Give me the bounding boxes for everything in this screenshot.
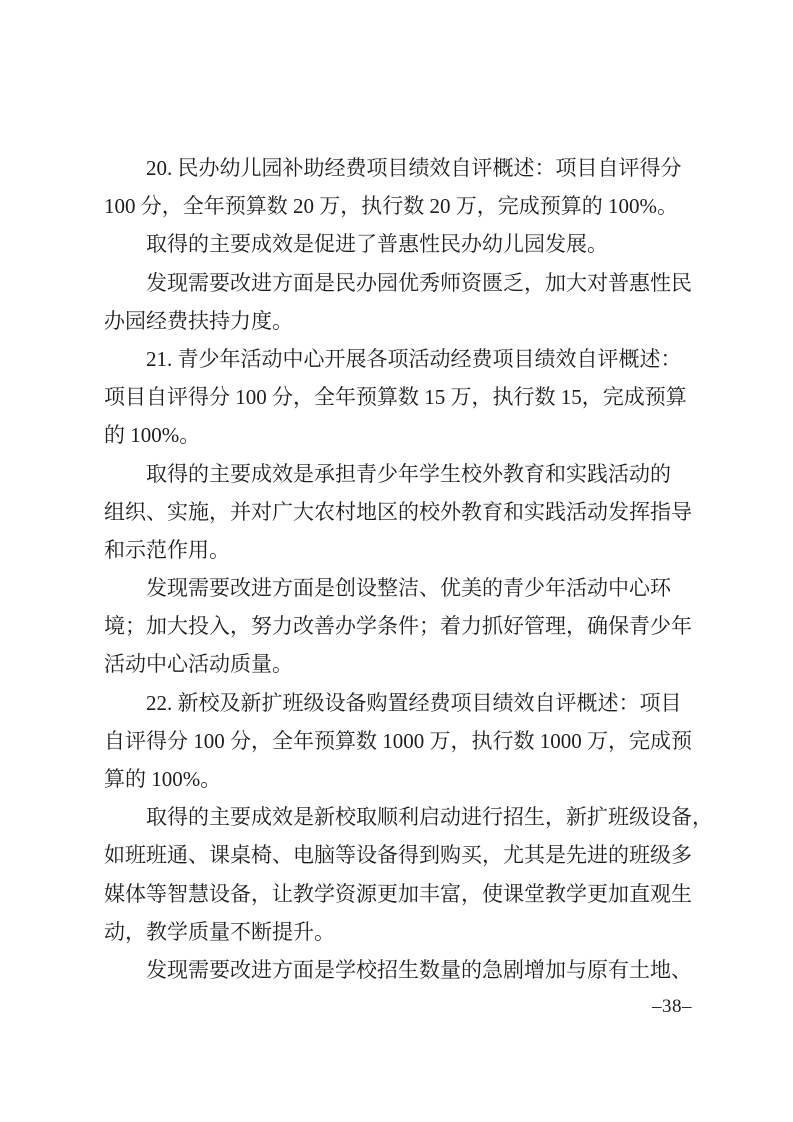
text-line: 20. 民办幼儿园补助经费项目绩效自评概述：项目自评得分 (104, 149, 693, 187)
text-line: 的 100%。 (104, 416, 693, 454)
text-line: 境；加大投入，努力改善办学条件；着力抓好管理，确保青少年 (104, 607, 693, 645)
text-line: 自评得分 100 分，全年预算数 1000 万，执行数 1000 万，完成预 (104, 722, 693, 760)
text-line: 动，教学质量不断提升。 (104, 913, 693, 951)
text-line: 发现需要改进方面是创设整洁、优美的青少年活动中心环 (104, 569, 693, 607)
text-line: 办园经费扶持力度。 (104, 302, 693, 340)
page-number: –38– (652, 995, 692, 1019)
text-line: 如班班通、课桌椅、电脑等设备得到购买，尤其是先进的班级多 (104, 836, 693, 874)
text-line: 和示范作用。 (104, 531, 693, 569)
text-line: 发现需要改进方面是学校招生数量的急剧增加与原有土地、 (104, 951, 693, 989)
text-line: 22. 新校及新扩班级设备购置经费项目绩效自评概述：项目 (104, 684, 693, 722)
text-line: 取得的主要成效是承担青少年学生校外教育和实践活动的 (104, 455, 693, 493)
text-line: 取得的主要成效是促进了普惠性民办幼儿园发展。 (104, 225, 693, 263)
text-line: 项目自评得分 100 分，全年预算数 15 万，执行数 15，完成预算 (104, 378, 693, 416)
text-line: 发现需要改进方面是民办园优秀师资匮乏，加大对普惠性民 (104, 264, 693, 302)
text-line: 组织、实施，并对广大农村地区的校外教育和实践活动发挥指导 (104, 493, 693, 531)
text-line: 算的 100%。 (104, 760, 693, 798)
text-line: 100 分，全年预算数 20 万，执行数 20 万，完成预算的 100%。 (104, 187, 693, 225)
text-line: 活动中心活动质量。 (104, 645, 693, 683)
document-body: 20. 民办幼儿园补助经费项目绩效自评概述：项目自评得分 100 分，全年预算数… (104, 149, 693, 989)
text-line: 媒体等智慧设备，让教学资源更加丰富，使课堂教学更加直观生 (104, 875, 693, 913)
document-page: 20. 民办幼儿园补助经费项目绩效自评概述：项目自评得分 100 分，全年预算数… (0, 0, 793, 1122)
text-line: 取得的主要成效是新校取顺利启动进行招生，新扩班级设备， (104, 798, 693, 836)
text-line: 21. 青少年活动中心开展各项活动经费项目绩效自评概述： (104, 340, 693, 378)
